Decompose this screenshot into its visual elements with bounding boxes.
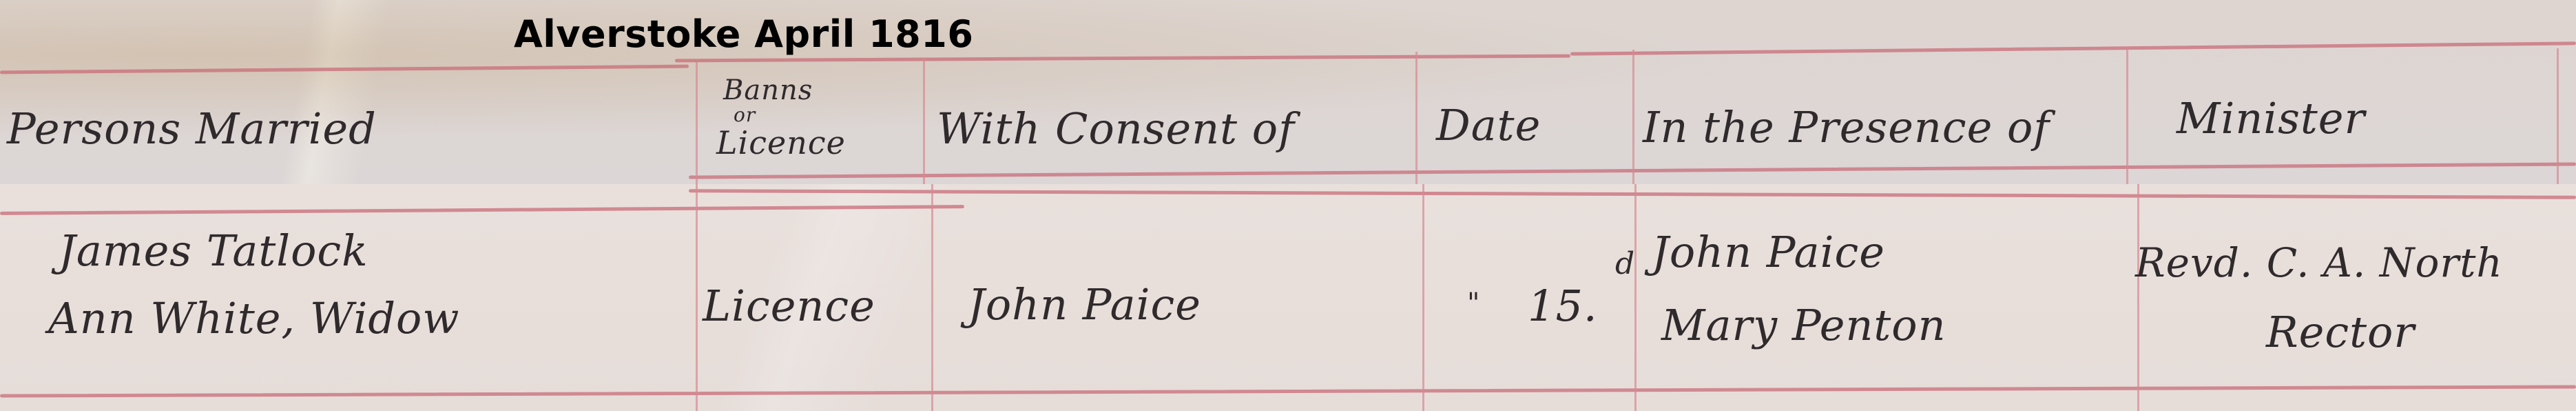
entry-date-prefix: " — [1467, 288, 1480, 319]
entry-consent: John Paice — [968, 279, 1201, 330]
entry-groom: James Tatlock — [59, 225, 368, 276]
header-strip: Alverstoke April 1816 Persons Married Ba… — [0, 0, 2576, 184]
column-header-persons-married: Persons Married — [7, 103, 377, 154]
entry-bride: Ann White, Widow — [48, 293, 459, 343]
ruling-line — [689, 189, 2576, 199]
column-header-date: Date — [1436, 100, 1541, 150]
entry-witness-prefix: d — [1615, 246, 1635, 281]
ruling-line — [0, 205, 964, 215]
column-divider — [2557, 48, 2559, 184]
column-divider — [2126, 47, 2128, 184]
column-divider — [923, 59, 925, 184]
entry-minister: Revd. C. A. North — [2135, 239, 2503, 286]
entry-strip: James Tatlock Ann White, Widow Licence J… — [0, 184, 2576, 411]
column-divider — [2137, 184, 2139, 411]
column-divider — [931, 184, 933, 411]
column-header-minister: Minister — [2177, 93, 2365, 143]
ruling-line — [0, 65, 689, 74]
ruling-line — [0, 385, 2576, 397]
entry-witness-2: Mary Penton — [1661, 300, 1946, 350]
column-header-licence: Licence — [716, 124, 846, 161]
page-title: Alverstoke April 1816 — [514, 12, 973, 56]
column-divider — [1415, 52, 1417, 184]
column-divider — [1634, 184, 1637, 411]
column-divider — [696, 184, 698, 411]
column-header-consent: With Consent of — [937, 103, 1295, 154]
column-divider — [1632, 50, 1634, 184]
entry-witness-1: John Paice — [1652, 227, 1885, 277]
column-header-banns: Banns — [723, 74, 813, 106]
column-divider — [696, 62, 698, 184]
entry-minister-title: Rector — [2266, 307, 2415, 357]
column-header-presence: In the Presence of — [1643, 102, 2050, 152]
entry-licence: Licence — [703, 281, 875, 331]
entry-date: 15. — [1528, 281, 1598, 331]
column-header-or: or — [734, 103, 756, 126]
column-divider — [1422, 184, 1424, 411]
ruling-line — [1570, 41, 2576, 55]
